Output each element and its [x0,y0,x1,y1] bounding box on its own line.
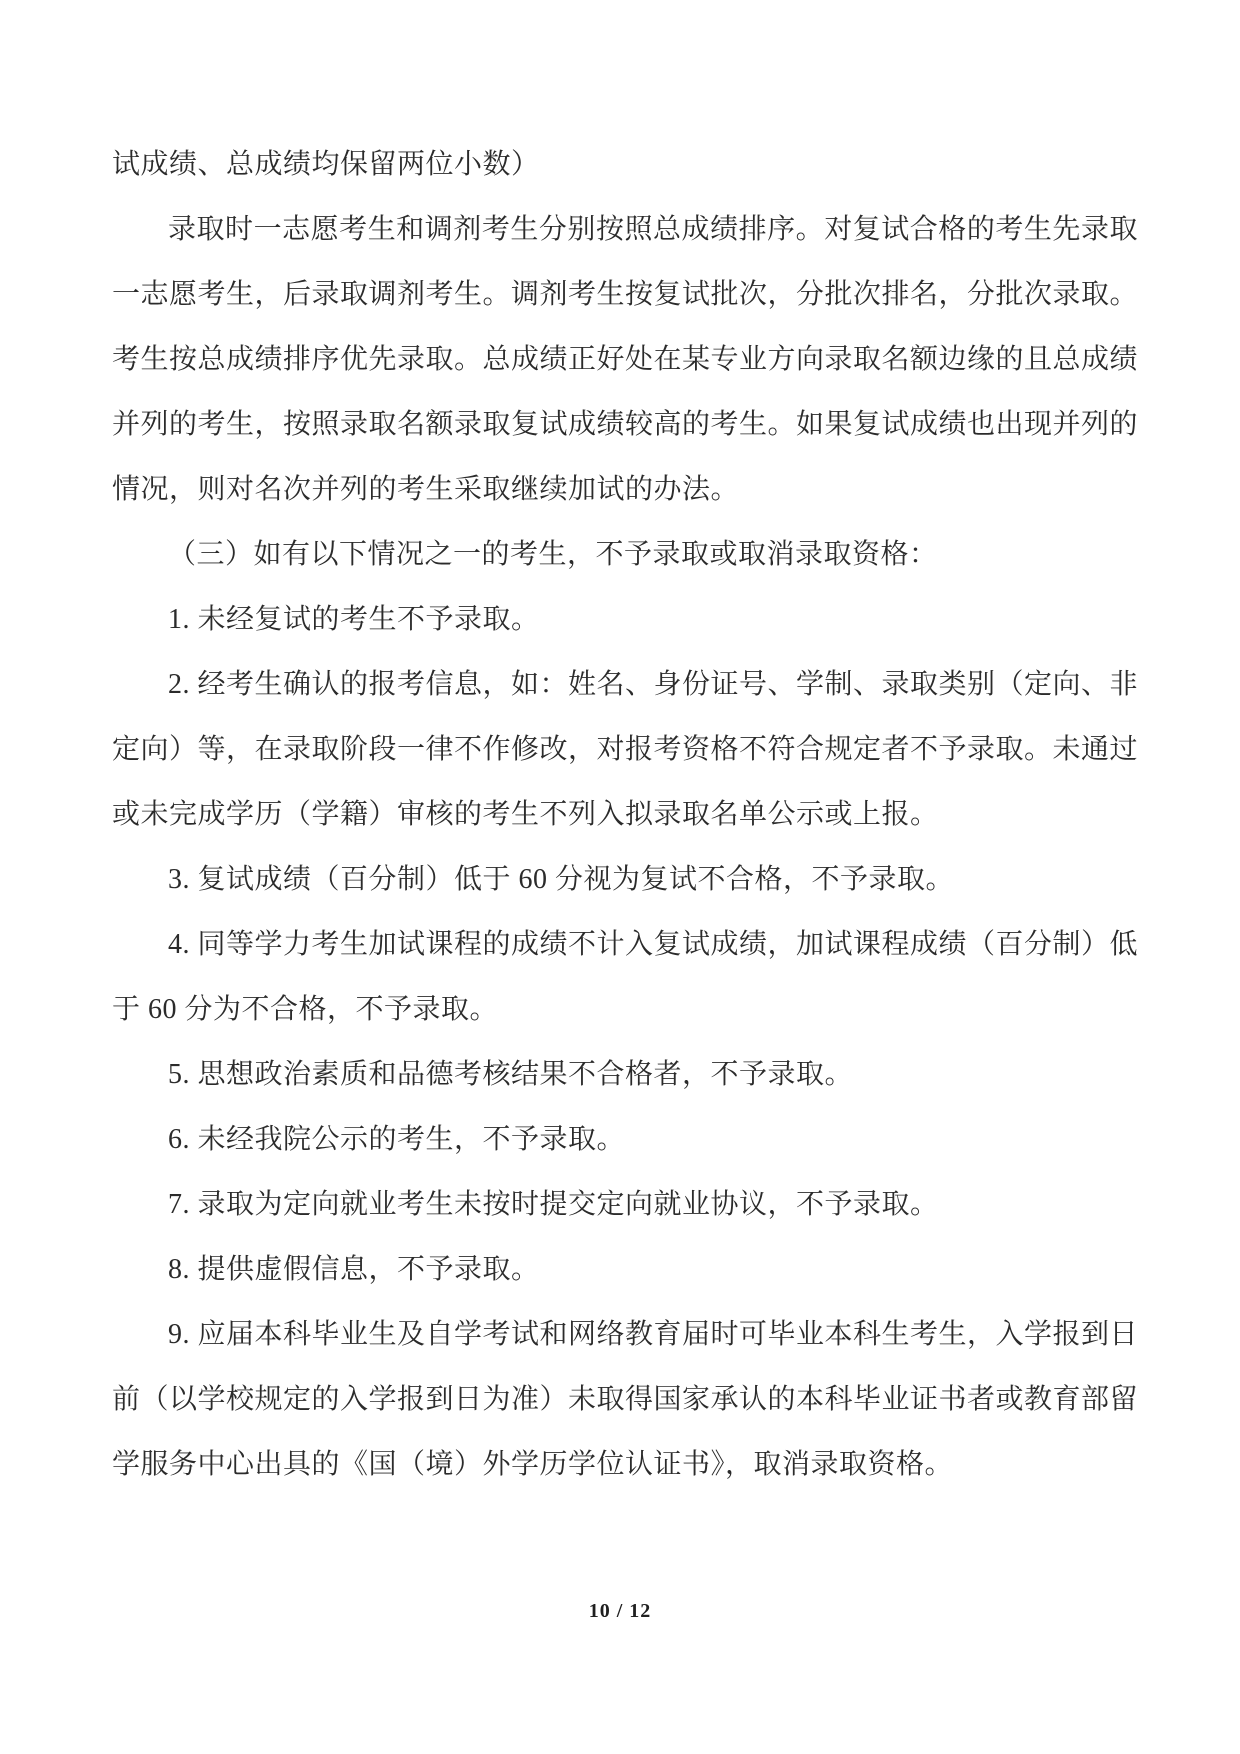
list-item-4-equivalent-ability-extra-test: 4. 同等学力考生加试课程的成绩不计入复试成绩，加试课程成绩（百分制）低于 60… [112,912,1138,1042]
paragraph-continuation-scores: 试成绩、总成绩均保留两位小数） [112,132,1138,197]
heading-section-three-disqualification: （三）如有以下情况之一的考生，不予录取或取消录取资格： [112,522,1138,587]
list-item-9-diploma-requirement: 9. 应届本科毕业生及自学考试和网络教育届时可毕业本科生考生，入学报到日前（以学… [112,1302,1138,1497]
list-item-3-retest-score-below-60: 3. 复试成绩（百分制）低于 60 分视为复试不合格，不予录取。 [112,847,1138,912]
list-item-5-political-moral-assessment: 5. 思想政治素质和品德考核结果不合格者，不予录取。 [112,1042,1138,1107]
list-item-2-confirmed-info: 2. 经考生确认的报考信息，如：姓名、身份证号、学制、录取类别（定向、非定向）等… [112,652,1138,847]
list-item-6-not-publicized: 6. 未经我院公示的考生，不予录取。 [112,1107,1138,1172]
list-item-8-false-information: 8. 提供虚假信息，不予录取。 [112,1237,1138,1302]
list-item-7-directed-employment-agreement: 7. 录取为定向就业考生未按时提交定向就业协议，不予录取。 [112,1172,1138,1237]
page-number: 10 / 12 [589,1600,652,1622]
list-item-1-no-retest: 1. 未经复试的考生不予录取。 [112,587,1138,652]
page-footer: 10 / 12 [0,1600,1240,1623]
paragraph-admission-ranking-rules: 录取时一志愿考生和调剂考生分别按照总成绩排序。对复试合格的考生先录取一志愿考生，… [112,197,1138,522]
document-body: 试成绩、总成绩均保留两位小数） 录取时一志愿考生和调剂考生分别按照总成绩排序。对… [112,132,1138,1497]
document-page: 试成绩、总成绩均保留两位小数） 录取时一志愿考生和调剂考生分别按照总成绩排序。对… [0,0,1240,1754]
